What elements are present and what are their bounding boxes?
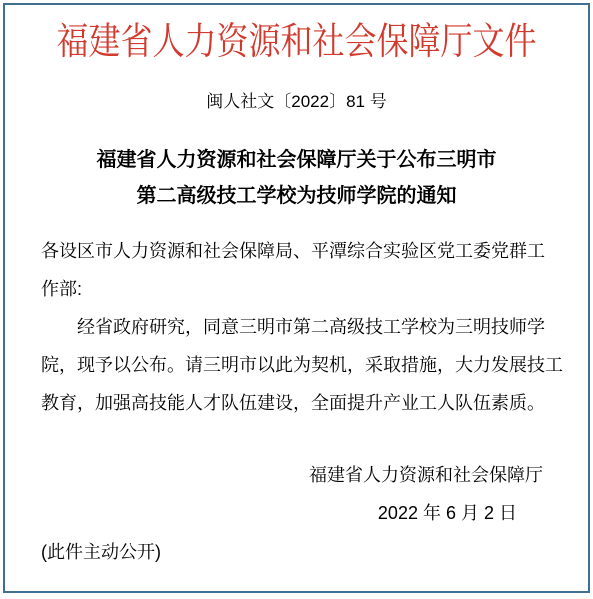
notice-title-line-1: 福建省人力资源和社会保障厅关于公布三明市: [41, 142, 552, 178]
document-border-frame: 福建省人力资源和社会保障厅文件 闽人社文〔2022〕81 号 福建省人力资源和社…: [3, 3, 590, 593]
issue-date: 2022 年 6 月 2 日: [41, 494, 552, 532]
addressee-paragraph: 各设区市人力资源和社会保障局、平潭综合实验区党工委党群工作部:: [41, 232, 552, 308]
agency-header-title-text: 福建省人力资源和社会保障厅文件: [56, 15, 536, 67]
document-number: 闽人社文〔2022〕81 号: [41, 91, 552, 113]
body-paragraph: 经省政府研究，同意三明市第二高级技工学校为三明技师学院，现予以公布。请三明市以此…: [41, 308, 572, 422]
notice-title: 福建省人力资源和社会保障厅关于公布三明市 第二高级技工学校为技师学院的通知: [41, 142, 552, 214]
document-page: 福建省人力资源和社会保障厅文件 闽人社文〔2022〕81 号 福建省人力资源和社…: [0, 0, 593, 599]
disclosure-note: (此件主动公开): [41, 537, 552, 567]
document-content: 福建省人力资源和社会保障厅文件 闽人社文〔2022〕81 号 福建省人力资源和社…: [5, 5, 588, 591]
notice-title-line-2: 第二高级技工学校为技师学院的通知: [41, 178, 552, 214]
issuing-agency-signature: 福建省人力资源和社会保障厅: [41, 456, 552, 494]
agency-header-title: 福建省人力资源和社会保障厅文件: [41, 19, 552, 63]
